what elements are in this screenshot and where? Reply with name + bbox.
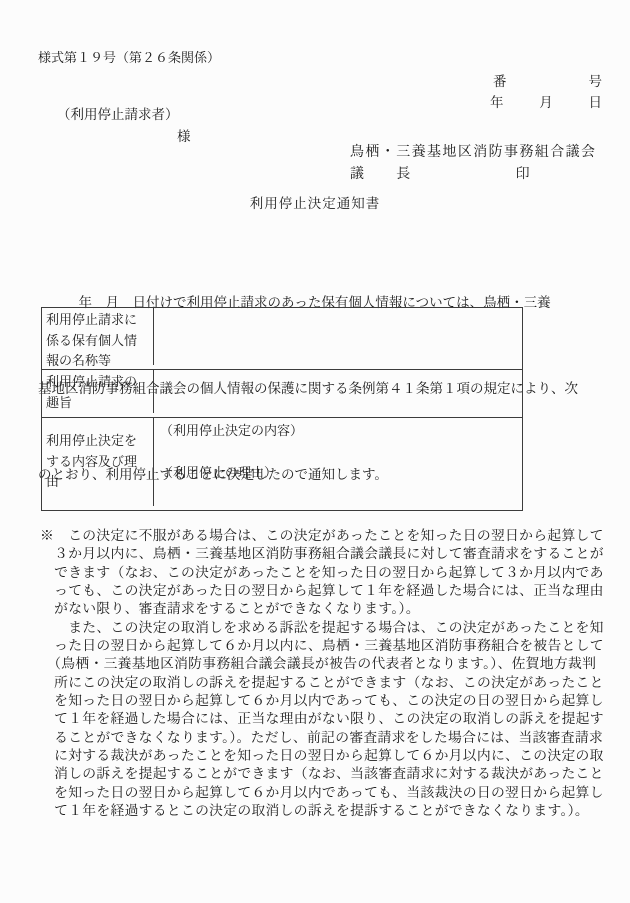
note-line: った日の翌日から起算して６か月以内に、鳥栖・三養基地区消防事務組合を被告として [40,637,615,655]
note-line: ※ この決定に不服がある場合は、この決定があったことを知った日の翌日から起算して [40,527,615,545]
note-line: （鳥栖・三養基地区消防事務組合議会議長が被告の代表者となります。）、佐賀地方裁判 [40,655,615,673]
form-number: 様式第１９号（第２６条関係） [38,47,220,66]
decision-content-heading: （利用停止決定の内容） [160,420,516,441]
note-line: がない限り、審査請求をすることができなくなります。）。 [40,600,615,618]
document-page: 様式第１９号（第２６条関係） 番 号 年 月 日 （利用停止請求者） 様 鳥栖・… [0,0,630,903]
table-row-information-name: 利用停止請求に係る保有個人情報の名称等 [42,308,522,369]
seal-label: 印 [516,163,531,183]
row-label: 利用停止請求の趣旨 [42,370,154,413]
note-line: ３か月以内に、鳥栖・三養基地区消防事務組合議会議長に対して審査請求をすることが [40,545,615,563]
row-label: 利用停止決定をする内容及び理由 [42,418,154,506]
date-month-label: 月 [539,91,553,111]
suspension-reason-heading: （利用停止の理由） [160,462,516,483]
note-line: を知った日の翌日から起算して６か月以内であっても、当該裁決の日の翌日から起算し [40,784,615,802]
chair-label: 議 長 [350,163,412,183]
note-line: また、この決定の取消しを求める訴訟を提起する場合は、この決定があったことを知 [40,619,615,637]
note-line: を知った日の翌日から起算して６か月以内であっても、この決定の日の翌日から起算し [40,692,615,710]
row-label: 利用停止請求に係る保有個人情報の名称等 [42,308,154,365]
row-content-empty [154,370,522,417]
note-line: できます（なお、この決定があったことを知った日の翌日から起算して３か月以内であ [40,564,615,582]
info-table: 利用停止請求に係る保有個人情報の名称等 利用停止請求の趣旨 利用停止決定をする内… [41,307,523,511]
note-line: に対する裁決があったことを知った日の翌日から起算して６か月以内に、この決定の取 [40,747,615,765]
note-section: ※ この決定に不服がある場合は、この決定があったことを知った日の翌日から起算して… [40,527,615,821]
note-line: っても、この決定があった日の翌日から起算して１年を経過した場合には、正当な理由 [40,582,615,600]
note-line: 所にこの決定の取消しの訴えを提起することができます（なお、この決定があったこと [40,674,615,692]
requester-label: （利用停止請求者） [57,103,179,123]
date-day-label: 日 [589,91,603,111]
doc-number-label-ban: 番 [493,70,507,90]
table-row-request-purport: 利用停止請求の趣旨 [42,369,522,417]
note-line: ることができなくなります。）。ただし、前記の審査請求をした場合には、当該審査請求 [40,729,615,747]
chair-seal-row: 議 長 印 [350,163,531,183]
row-content: （利用停止決定の内容） （利用停止の理由） [154,418,522,510]
date-row: 年 月 日 [490,91,602,111]
sender-organization: 鳥栖・三養基地区消防事務組合議会 [350,141,596,161]
date-year-label: 年 [490,91,504,111]
table-row-decision-content-reason: 利用停止決定をする内容及び理由 （利用停止決定の内容） （利用停止の理由） [42,417,522,510]
doc-number-label-go: 号 [589,70,603,90]
document-title: 利用停止決定通知書 [0,192,630,212]
note-line: て１年を経過するとこの決定の取消しの訴えを提訴することができなくなります。）。 [40,802,615,820]
note-line: 消しの訴えを提起することができます（なお、当該審査請求に対する裁決があったこと [40,765,615,783]
doc-number-row: 番 号 [493,70,602,90]
recipient-honorific: 様 [177,125,191,145]
row-content-empty [154,308,522,369]
note-line: て１年を経過した場合には、正当な理由がない限り、この決定の取消しの訴えを提起す [40,710,615,728]
